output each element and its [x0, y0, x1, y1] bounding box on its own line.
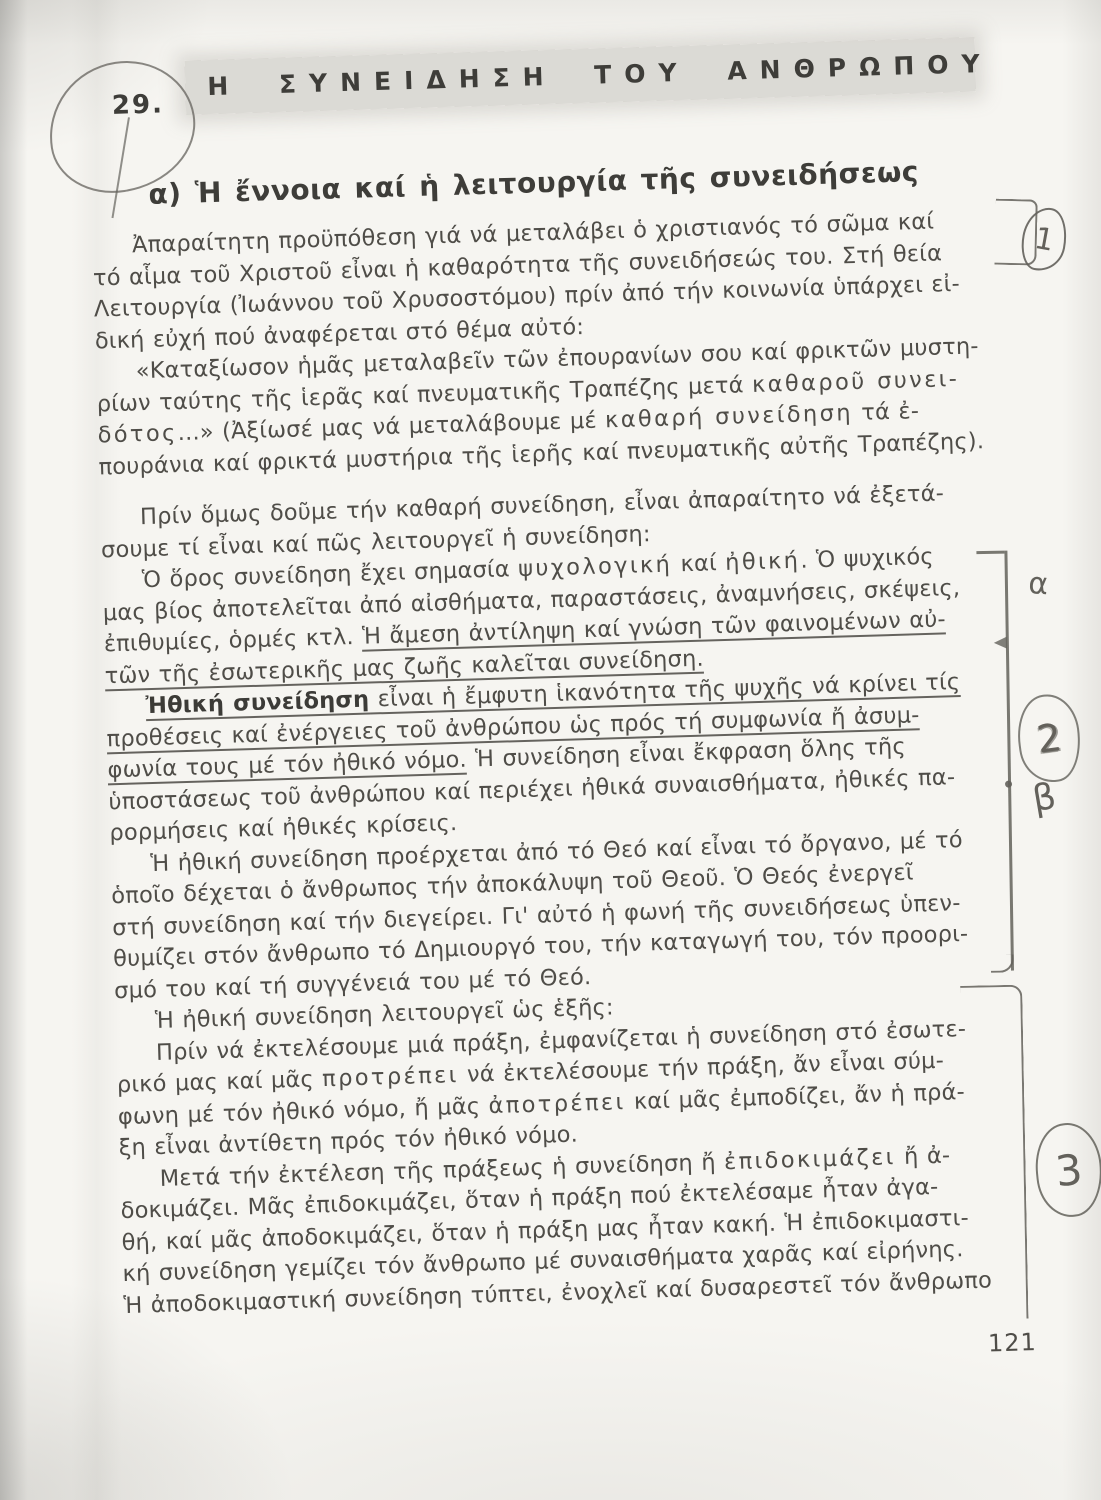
handwritten-3-label: 3	[1053, 1144, 1084, 1195]
text-segment: ψυχολογική	[518, 552, 673, 583]
text-segment: ἤ ἀ-	[895, 1142, 950, 1170]
handwritten-2-label: 2	[1034, 715, 1064, 762]
handwritten-bracket-last-section	[960, 985, 1028, 1320]
paragraph: «Καταξίωσον ἡμᾶς μεταλαβεῖν τῶν ἐπουρανί…	[95, 331, 1003, 484]
section-heading: α) Ἡ ἔννοια καί ἡ λειτουργία τῆς συνειδή…	[148, 155, 919, 211]
text-segment: καθαροῦ συνει-	[752, 365, 960, 397]
text-segment: προτρέπει	[322, 1062, 459, 1092]
handwritten-dot	[1005, 781, 1012, 788]
handwritten-circled-2-annotation: 2	[1012, 691, 1085, 787]
underlined-text: Ἠθική συνείδηση	[145, 687, 369, 722]
handwritten-beta-annotation: β	[1030, 776, 1060, 820]
scanned-page: 29. Η ΣΥΝΕΙΔΗΣΗ ΤΟΥ ΑΝΘΡΩΠΟΥ α) Ἡ ἔννοια…	[0, 0, 1101, 1500]
handwritten-alpha-annotation: α	[1027, 566, 1049, 602]
text-segment: καθαρή συνείδηση	[605, 400, 854, 433]
handwritten-bracket-tick	[976, 551, 1004, 554]
chapter-number: 29.	[111, 89, 164, 121]
body-text: Ἀπαραίτητη προϋπόθεση γιά νά μεταλάβει ὁ…	[92, 205, 1029, 1322]
handwritten-circled-3-annotation: 3	[1031, 1120, 1101, 1220]
text-segment: ἐπιδοκιμάζει	[724, 1144, 896, 1175]
handwritten-arrow-left	[994, 637, 1007, 649]
text-segment: ἀποτρέπει	[488, 1089, 626, 1119]
paragraph: Μετά τήν ἐκτέλεση τῆς πράξεως ἡ συνείδησ…	[119, 1138, 1028, 1322]
handwritten-hook	[991, 955, 1014, 973]
paragraph: Ἠθική συνείδηση εἶναι ἡ ἔμφυτη ἱκανότητα…	[105, 666, 1014, 850]
page-number: 121	[988, 1328, 1038, 1357]
text-segment: ἠθική	[725, 548, 801, 576]
handwritten-1-label: 1	[1032, 220, 1057, 258]
text-segment: τά ἐ-	[853, 398, 920, 426]
page-content: 29. Η ΣΥΝΕΙΔΗΣΗ ΤΟΥ ΑΝΘΡΩΠΟΥ α) Ἡ ἔννοια…	[44, 22, 1046, 1470]
text-segment: καί	[672, 550, 726, 578]
paragraph: Ἡ ἠθική συνείδηση προέρχεται ἀπό τό Θεό …	[110, 823, 1019, 1007]
text-segment: ἐπιθυμίες, ὁρμές κτλ.	[103, 624, 362, 658]
text-segment: δότος	[97, 420, 178, 448]
text-segment: . Ὁ ψυχικός	[800, 544, 934, 574]
text-segment: ρικό μας καί μᾶς	[117, 1066, 323, 1098]
